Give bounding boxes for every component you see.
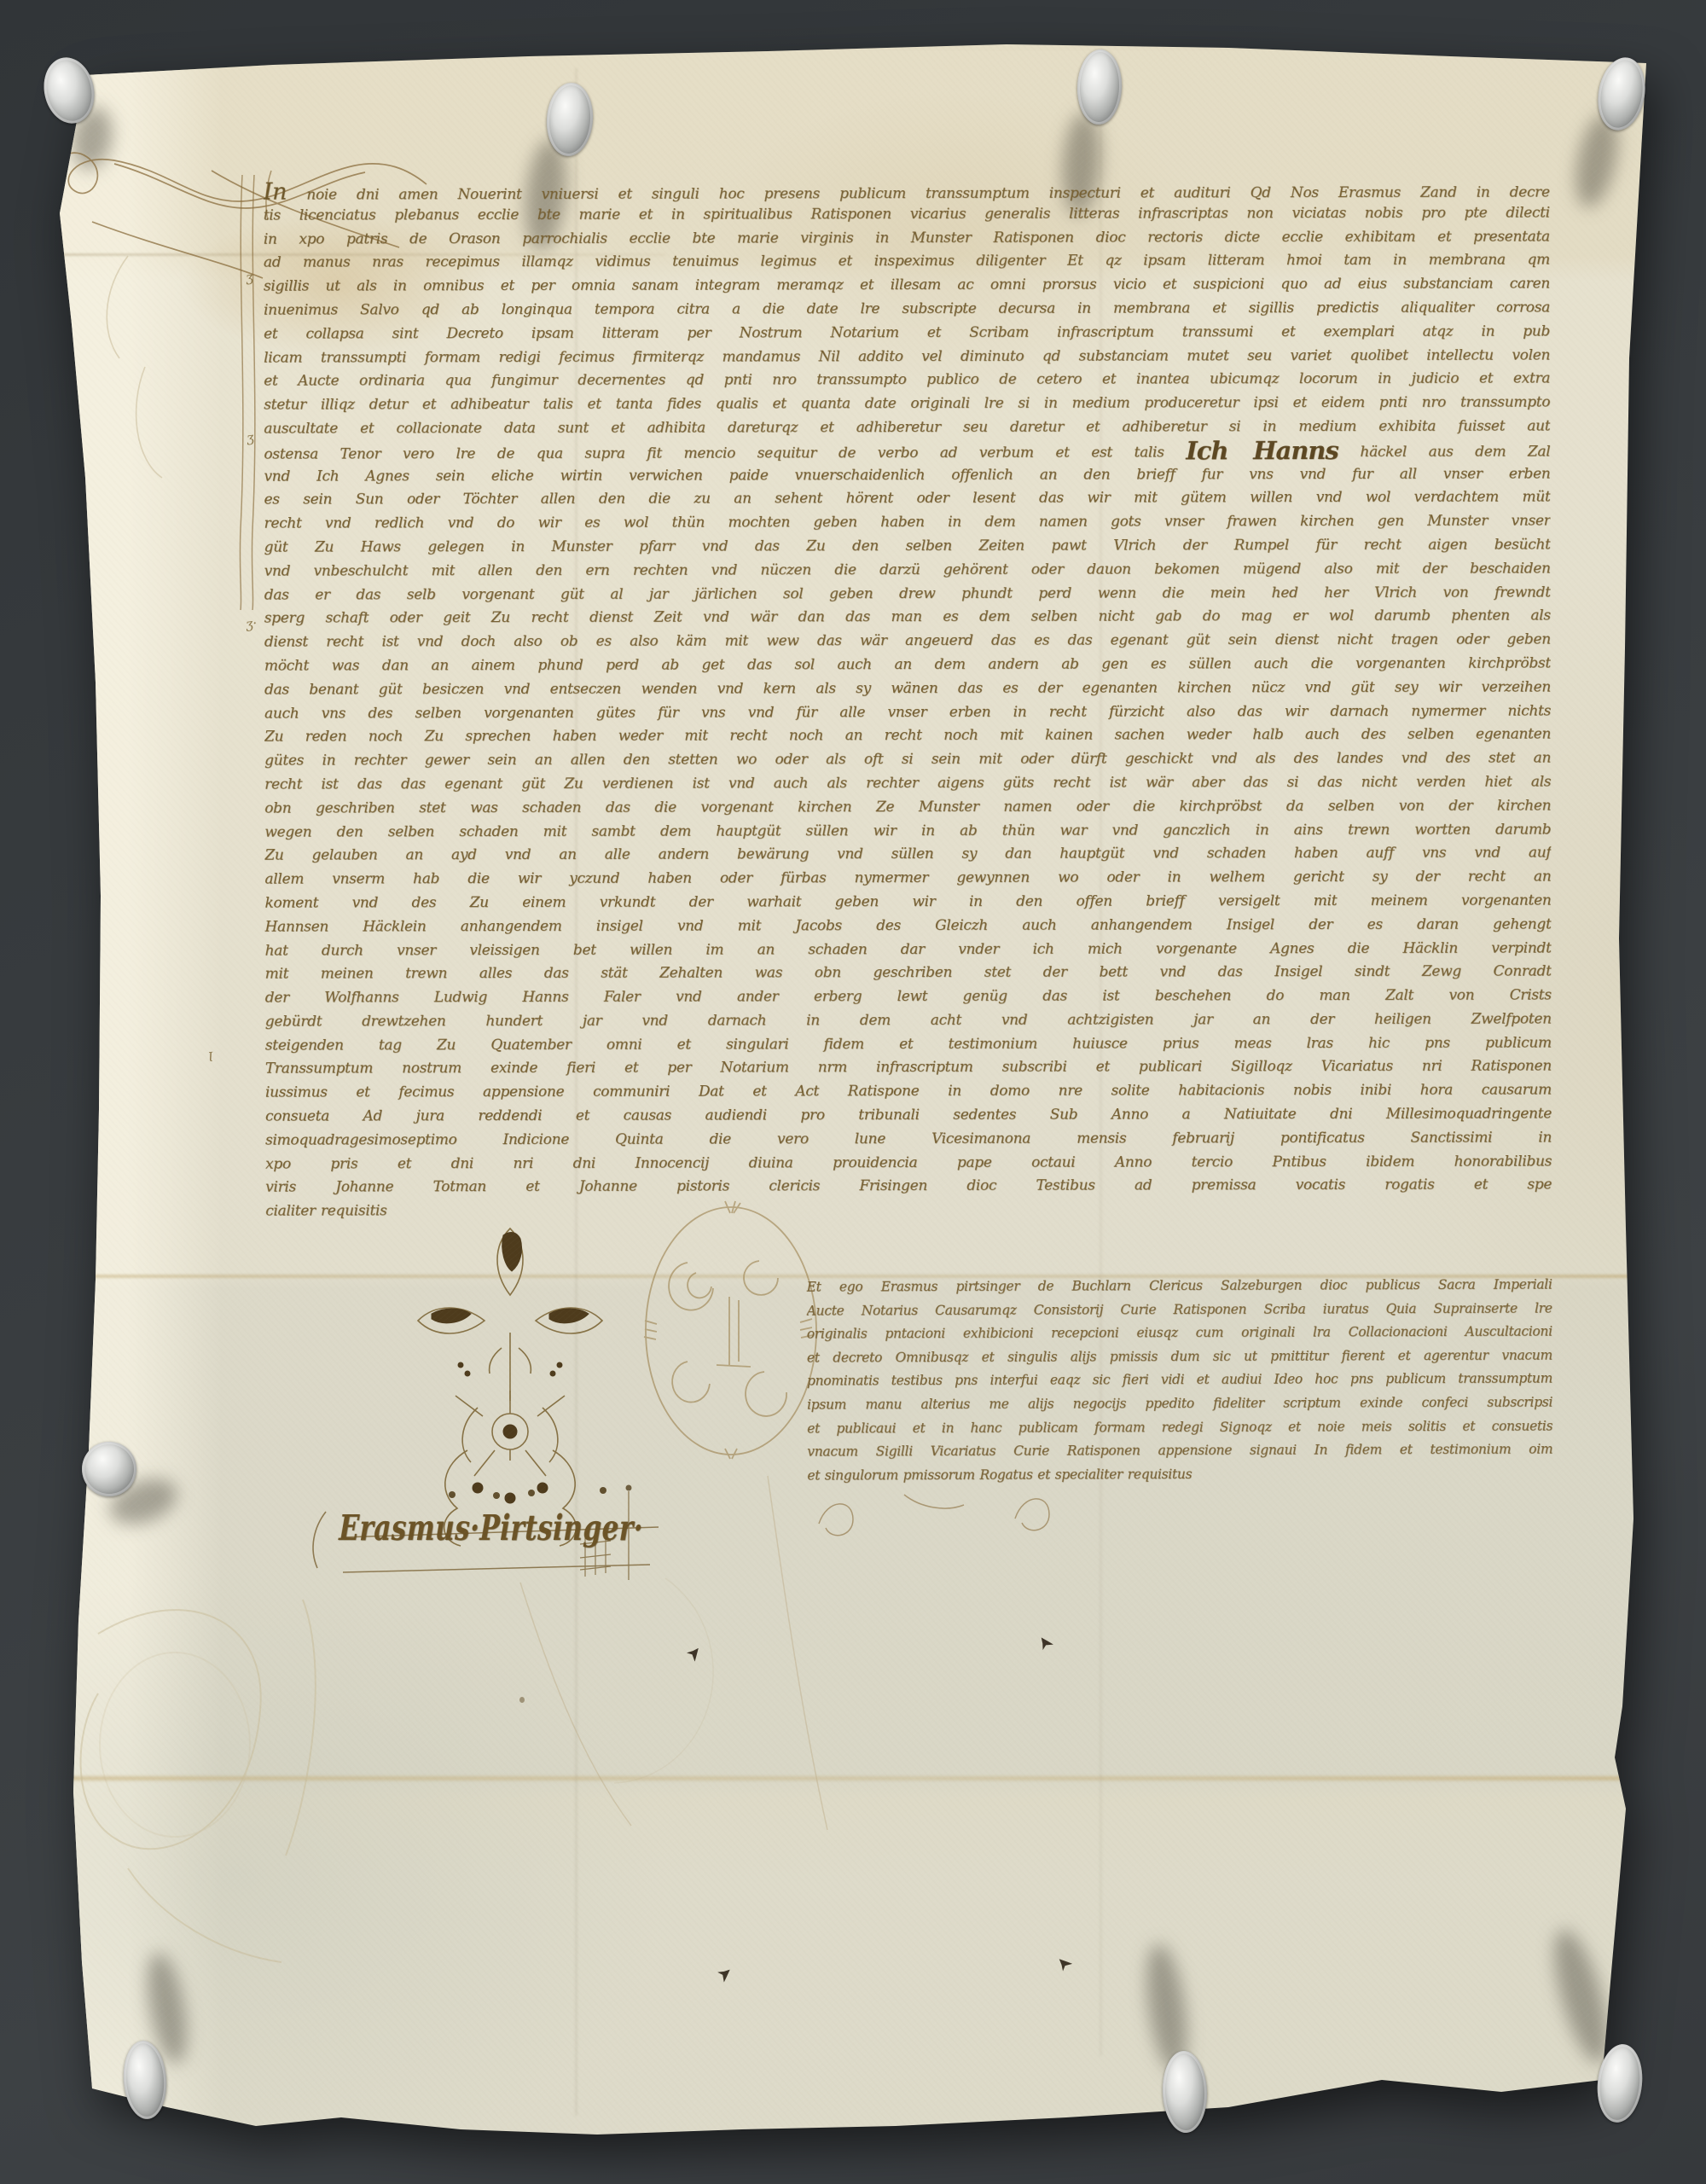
notary-end-curls	[819, 1495, 1049, 1536]
ghost-sketch-top-left	[107, 256, 162, 478]
charter-line: Hannsen Häcklein anhangendem insigel vnd…	[265, 913, 1552, 939]
fold-crease-vertical-right	[1100, 68, 1102, 2056]
charter-line: Zu gelauben an ayd vnd an alle andern be…	[264, 842, 1551, 868]
oval-notary-sketch	[644, 1201, 816, 1459]
charter-line: et collapsa sint Decreto ipsam litteram …	[264, 320, 1550, 346]
fold-crease-middle	[51, 1275, 1646, 1278]
opening-initial: In	[264, 179, 287, 205]
fold-crease-lower	[51, 1776, 1629, 1780]
charter-line: Transsumptum nostrum exinde fieri et per…	[265, 1055, 1552, 1082]
charter-line: simoquadragesimoseptimo Indicione Quinta…	[265, 1126, 1552, 1153]
charter-line: hat durch vnser vleissigen bet willen im…	[265, 937, 1552, 963]
charter-line: stetur illiqz detur et adhibeatur talis …	[264, 392, 1550, 418]
charter-line: das er das selb vorgenant güt al jar jär…	[264, 581, 1551, 607]
photo-stage: In noie dni amen Nouerint vniuersi et si…	[0, 0, 1706, 2184]
parchment-slit	[686, 1644, 703, 1661]
stray-pen-lines	[520, 1476, 827, 1830]
charter-line: iussimus et fecimus appensione communiri…	[265, 1079, 1552, 1106]
charter-line: et Aucte ordinaria qua fungimur decernen…	[264, 368, 1550, 394]
charter-line: ad manus nras recepimus illamqz vidimus …	[264, 249, 1550, 276]
charter-line: gütes in rechter gewer sein an allen den…	[264, 747, 1551, 774]
charter-line: steigenden tag Zu Quatember omni et sing…	[265, 1031, 1552, 1058]
ink-decoration-layer	[0, 0, 1706, 2184]
left-margin-ruling	[240, 171, 271, 610]
charter-line: vnd vnbeschulcht mit allen den ern recht…	[264, 557, 1551, 584]
notary-subscription-text: Et ego Erasmus pirtsinger de Buchlarn Cl…	[807, 1273, 1553, 1487]
margin-mark: ʒ	[246, 429, 255, 445]
charter-line: auch vns des selben vorgenanten gütes fü…	[264, 700, 1551, 726]
charter-line: In noie dni amen Nouerint vniuersi et si…	[264, 177, 1550, 204]
notary-line: vnacum Sigilli Vicariatus Curie Ratispon…	[807, 1438, 1552, 1465]
charter-line: das benant güt besiczen vnd entseczen we…	[264, 676, 1551, 702]
charter-line: sigillis ut als in omnibus et per omnia …	[264, 273, 1550, 299]
charter-line: es sein Sun oder Töchter allen den die z…	[264, 486, 1550, 513]
charter-line: möcht was dan an ainem phund perd ab get…	[264, 652, 1551, 678]
pin-shadow-bottom-right	[1544, 1925, 1620, 2068]
charter-line: tis licenciatus plebanus ecclie bte mari…	[264, 201, 1550, 228]
charter-line: cialiter requisitis	[265, 1198, 1552, 1224]
charter-line: gebürdt drewtzehen hundert jar vnd darna…	[265, 1008, 1552, 1034]
charter-line: koment vnd des Zu einem vrkundt der warh…	[264, 889, 1551, 915]
top-left-pen-flourish	[55, 153, 426, 278]
notarial-mark-dot	[600, 1487, 606, 1494]
notary-line: Aucte Notarius Causarumqz Consistorij Cu…	[807, 1297, 1552, 1323]
notary-signature: Erasmus·Pirtsinger·	[339, 1508, 644, 1549]
charter-line: dienst recht ist vnd doch also ob es als…	[264, 629, 1551, 655]
margin-mark: Ɩ	[207, 1049, 214, 1066]
notary-line: Et ego Erasmus pirtsinger de Buchlarn Cl…	[807, 1273, 1552, 1299]
notarial-mark-dot	[449, 1491, 456, 1498]
notary-line: et singulorum pmissorum Rogatus et speci…	[807, 1461, 1552, 1488]
parchment-wrap: In noie dni amen Nouerint vniuersi et si…	[0, 0, 1706, 2184]
charter-line: vnd Ich Agnes sein eliche wirtin verwich…	[264, 462, 1550, 489]
fold-crease-vertical-left	[575, 68, 577, 2116]
charter-line: auscultate et collacionate data sunt et …	[264, 415, 1550, 441]
charter-line: licam transsumpti formam redigi fecimus …	[264, 344, 1550, 370]
pin-left-middle	[82, 1442, 136, 1496]
notary-line: pnominatis testibus pns interfui eaqz si…	[807, 1368, 1552, 1394]
charter-line: ostensa Tenor vero lre de qua supra fit …	[264, 439, 1550, 465]
charter-line: Zu reden noch Zu sprechen haben weder mi…	[264, 723, 1551, 750]
parchment-slit	[717, 1965, 734, 1982]
notary-line: originalis pntacioni exhibicioni recepci…	[807, 1321, 1552, 1347]
notary-line: et publicaui et in hanc publicam formam …	[807, 1414, 1552, 1441]
ghost-flourish-bottom-left	[81, 1600, 316, 1962]
charter-line: allem vnserm hab die wir yczund haben od…	[264, 866, 1551, 892]
charter-main-text: In noie dni amen Nouerint vniuersi et si…	[264, 177, 1552, 1223]
pin-shadow-top-mid-right	[1059, 111, 1104, 218]
notarial-mark-dot	[493, 1492, 500, 1499]
charter-line: obn geschriben stet was schaden das die …	[264, 794, 1551, 821]
charter-line: recht ist das das egenant güt Zu verdien…	[264, 770, 1551, 797]
parchment-slit	[1055, 1955, 1073, 1972]
margin-mark: ʒ	[245, 269, 254, 285]
parchment-slit	[1036, 1634, 1053, 1651]
charter-line: xpo pris et dni nri dni Innocencij diuin…	[265, 1150, 1552, 1176]
margin-mark: ʒ·	[245, 615, 258, 632]
charter-line: consueta Ad jura reddendi et causas audi…	[265, 1102, 1552, 1129]
charter-line: mit meinen trewn alles das stät Zehalten…	[265, 961, 1552, 987]
charter-line: der Wolfhanns Ludwig Hanns Faler vnd and…	[265, 985, 1552, 1011]
charter-line: recht vnd redlich vnd do wir es wol thün…	[264, 510, 1551, 537]
notarial-mark-dot	[528, 1490, 535, 1496]
charter-line: in xpo patris de Orason parrochialis ecc…	[264, 225, 1550, 252]
enlarged-words: Ich Hanns	[1186, 439, 1338, 465]
fold-crease-top	[51, 253, 665, 256]
charter-line: inuenimus Salvo qd ab longinqua tempora …	[264, 296, 1550, 322]
charter-line: wegen den selben schaden mit sambt dem h…	[264, 818, 1551, 845]
signature-flourish-strokes	[313, 1485, 659, 1581]
notarial-mark-drawing	[418, 1228, 602, 1546]
notary-line: ipsum manu alterius me alijs negocijs pp…	[807, 1391, 1552, 1417]
charter-line: viris Johanne Totman et Johanne pistoris…	[265, 1174, 1552, 1200]
parchment-charter: In noie dni amen Nouerint vniuersi et si…	[0, 0, 1706, 2184]
charter-line: güt Zu Haws gelegen in Munster pfarr vnd…	[264, 533, 1551, 560]
notary-line: et decreto Omnibusqz et singulis alijs p…	[807, 1344, 1552, 1370]
ink-speck	[519, 1697, 525, 1703]
charter-line: sperg schaft oder geit Zu recht dienst Z…	[264, 605, 1551, 631]
